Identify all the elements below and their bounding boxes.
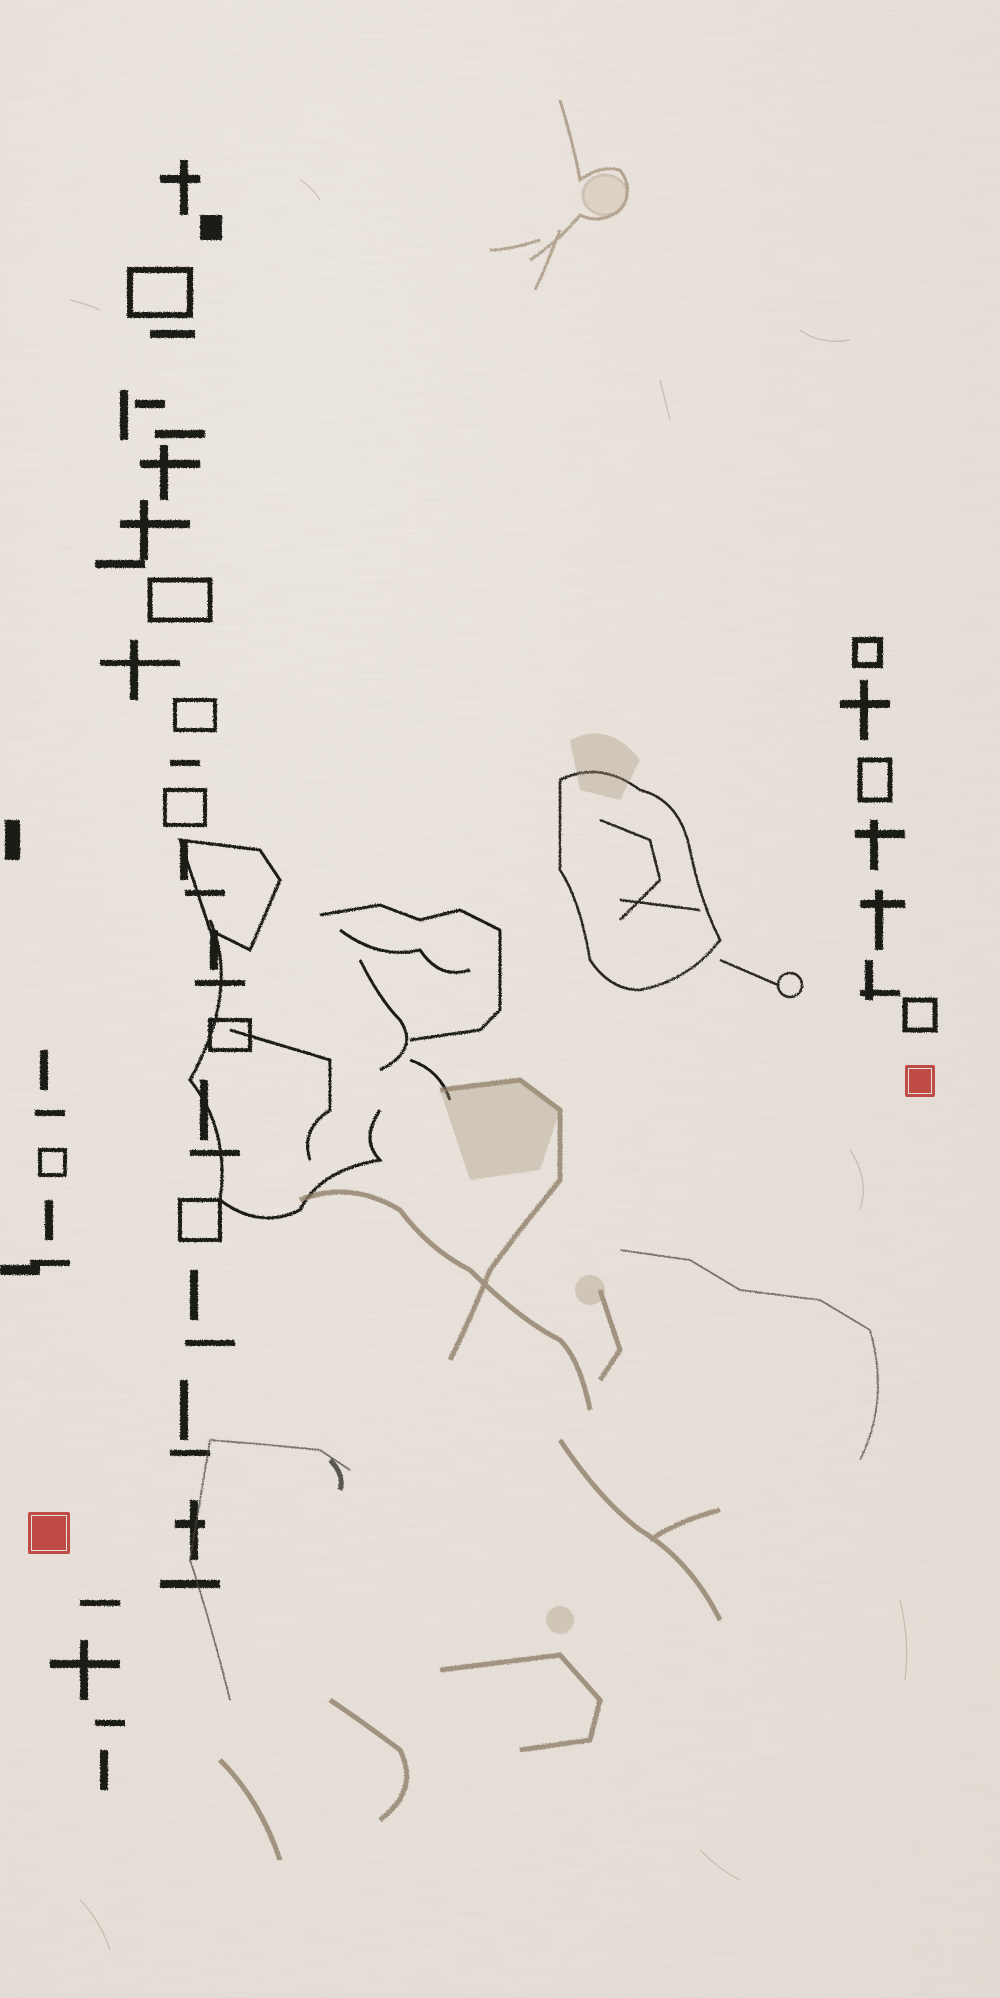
ink-painting: Chinese ink painting [0, 0, 1000, 1998]
painting-strokes [0, 0, 1000, 1998]
seal-right [905, 1065, 935, 1097]
seal-left [28, 1512, 70, 1554]
